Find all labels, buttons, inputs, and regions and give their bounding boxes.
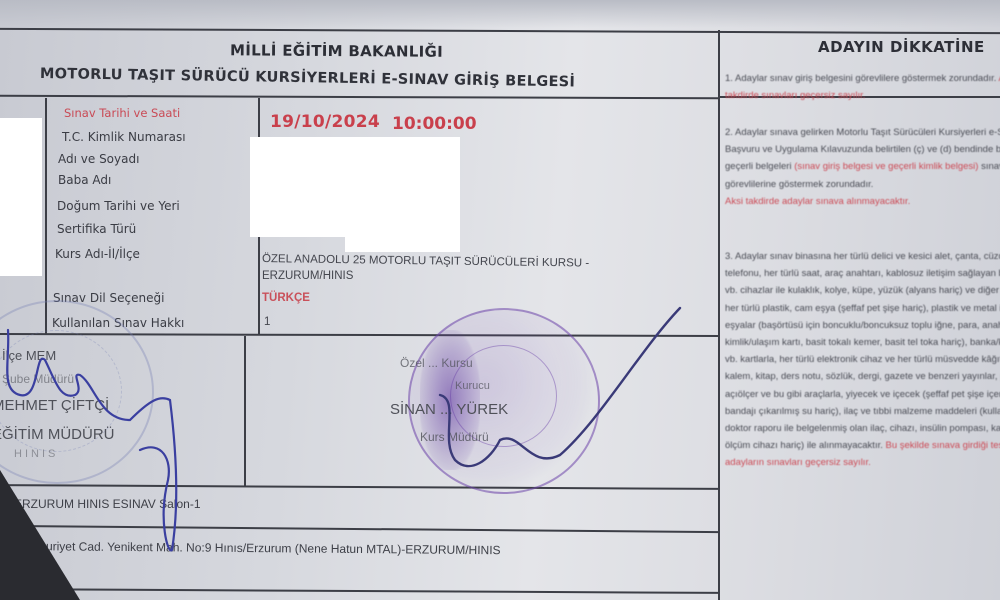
label-exam-date: Sınav Tarihi ve Saati xyxy=(64,106,180,120)
signature-middle-divider xyxy=(244,336,246,486)
notice-item-1-text: 1. Adaylar sınav giriş belgesini görevli… xyxy=(725,73,996,84)
notice-item-3: 3. Adaylar sınav binasına her türlü deli… xyxy=(725,248,1000,472)
left-stamp-label: HINIS xyxy=(14,448,58,460)
notice-item-2-warning: Aksi takdirde adaylar sınava alınmayacak… xyxy=(725,196,910,207)
right-signer-unit: Özel ... Kursu xyxy=(400,356,473,370)
redacted-personal-info xyxy=(250,137,460,237)
exam-attempts-value: 1 xyxy=(264,316,270,328)
paper-shadow xyxy=(0,0,1000,28)
course-location-value: ERZURUM/HINIS xyxy=(262,270,353,282)
right-signer-role: Kurs Müdürü xyxy=(420,430,489,444)
label-certificate-type: Sertifika Türü xyxy=(57,222,136,236)
vertical-divider-label xyxy=(45,98,47,334)
notice-item-3-text: 3. Adaylar sınav binasına her türlü deli… xyxy=(725,251,1000,451)
label-full-name: Adı ve Soyadı xyxy=(58,152,139,166)
redacted-personal-info-lower xyxy=(345,230,460,252)
right-signer-office: Kurucu xyxy=(455,380,490,392)
label-tc-number: T.C. Kimlik Numarası xyxy=(62,130,186,144)
shadow-corner xyxy=(0,470,80,600)
exam-time-value: 10:00:00 xyxy=(392,114,477,134)
notice-item-1: 1. Adaylar sınav giriş belgesini görevli… xyxy=(725,70,1000,104)
label-birth-date-place: Doğum Tarihi ve Yeri xyxy=(57,199,180,213)
notice-item-2: 2. Adaylar sınava gelirken Motorlu Taşıt… xyxy=(725,124,1000,210)
exam-language-value: TÜRKÇE xyxy=(262,292,310,304)
label-father-name: Baba Adı xyxy=(58,173,111,187)
notice-item-2-inline-warning: (sınav giriş belgesi ve geçerli kimlik b… xyxy=(794,161,978,172)
stamp-ink-blot xyxy=(420,330,480,470)
vertical-divider-main xyxy=(718,30,720,600)
left-signer-office: Şube Müdürü xyxy=(2,372,74,386)
left-signer-unit: İlçe MEM xyxy=(2,348,56,363)
ministry-title: MİLLİ EĞİTİM BAKANLIĞI xyxy=(230,41,443,60)
exam-date-value: 19/10/2024 xyxy=(270,112,380,132)
redacted-photo xyxy=(0,118,42,276)
right-signer-name: SİNAN ... YÜREK xyxy=(390,401,508,418)
left-signer-name: MEHMET ÇİFTÇİ xyxy=(0,397,109,414)
label-course-name: Kurs Adı-İl/İlçe xyxy=(55,247,140,261)
notice-heading: ADAYIN DİKKATİNE xyxy=(818,38,985,56)
left-signer-role: EĞİTİM MÜDÜRÜ xyxy=(0,426,115,443)
